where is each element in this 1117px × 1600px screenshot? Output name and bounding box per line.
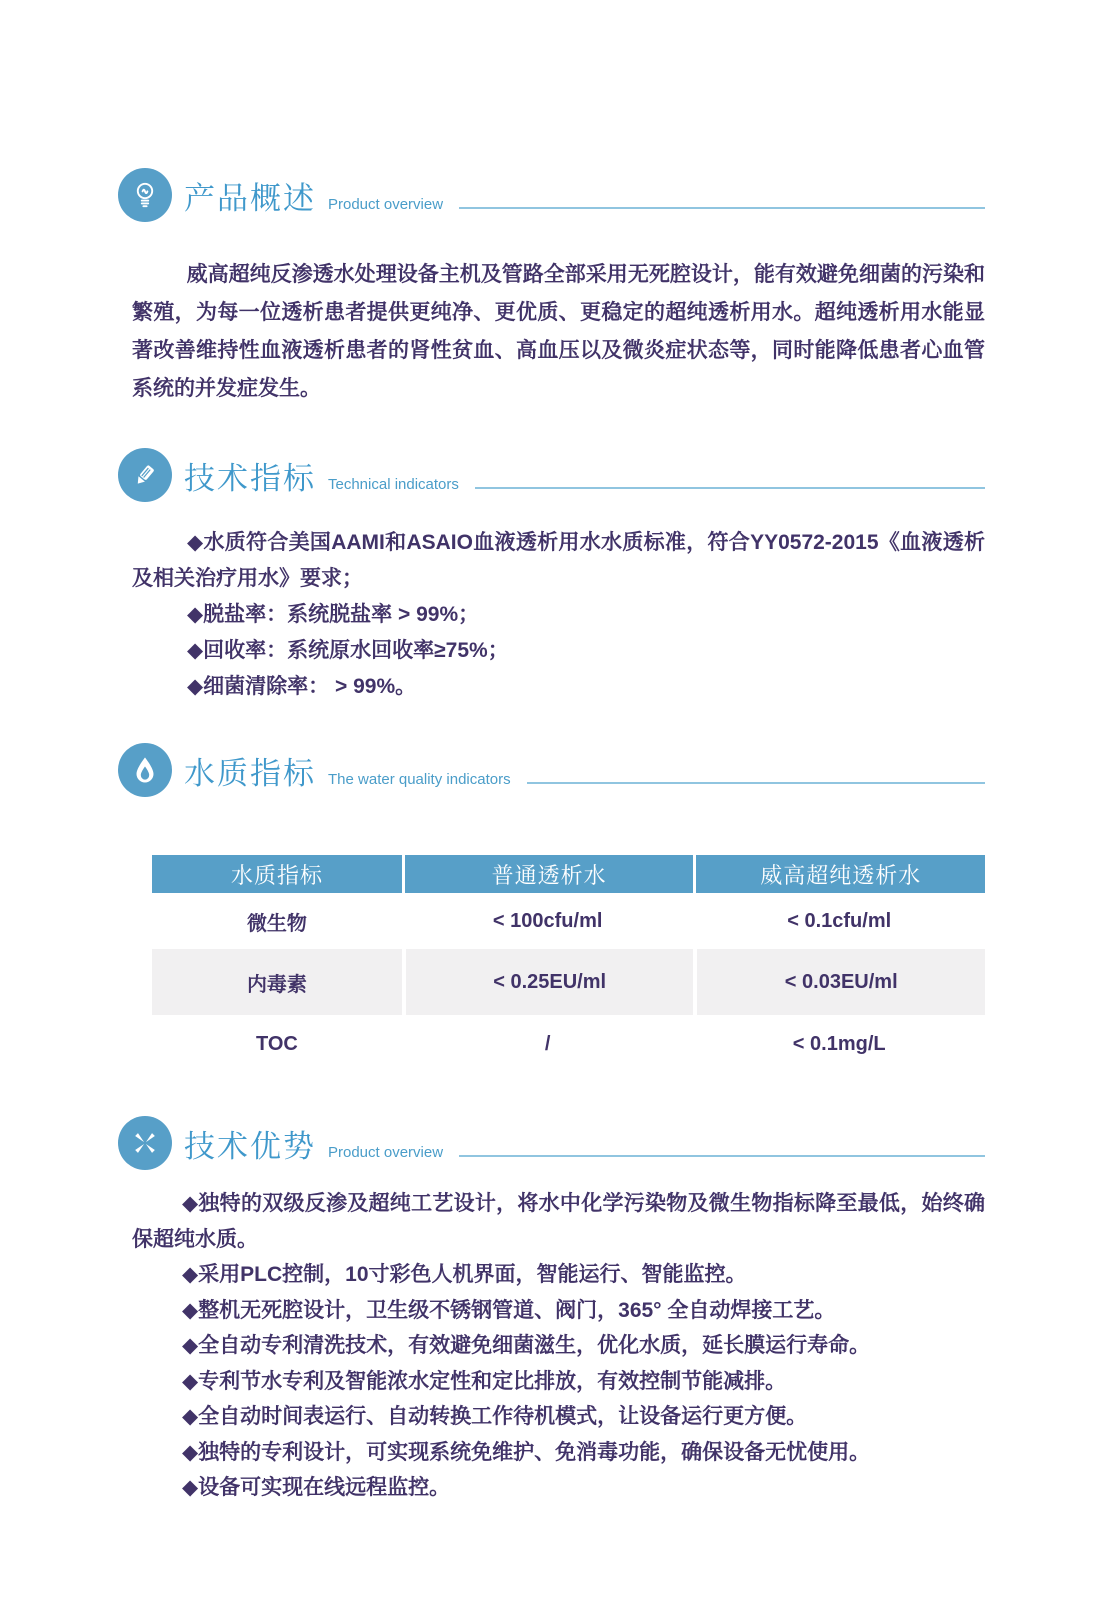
tech-advantage-item: ◆独特的专利设计，可实现系统免维护、免消毒功能，确保设备无忧使用。 xyxy=(132,1435,985,1471)
table-cell: < 0.03EU/ml xyxy=(693,949,985,1015)
brochure-page: 产品概述 Product overview 威高超纯反渗透水处理设备主机及管路全… xyxy=(0,0,1117,1506)
table-cell: 内毒素 xyxy=(152,949,402,1015)
section-title: 水质指标 xyxy=(184,748,316,793)
table-row: 微生物 < 100cfu/ml < 0.1cfu/ml xyxy=(152,893,985,949)
section-title: 技术指标 xyxy=(184,453,316,498)
lightbulb-icon xyxy=(118,168,172,222)
section-title-row: 产品概述 Product overview xyxy=(184,173,985,218)
tech-advantage-item: ◆设备可实现在线远程监控。 xyxy=(132,1470,985,1506)
table-cell: < 100cfu/ml xyxy=(402,893,694,949)
section-title-row: 技术优势 Product overview xyxy=(184,1121,985,1166)
overview-paragraph: 威高超纯反渗透水处理设备主机及管路全部采用无死腔设计，能有效避免细菌的污染和繁殖… xyxy=(132,256,985,408)
water-quality-table: 水质指标 普通透析水 威高超纯透析水 微生物 < 100cfu/ml < 0.1… xyxy=(152,855,985,1073)
tech-advantage-list: ◆独特的双级反渗及超纯工艺设计，将水中化学污染物及微生物指标降至最低，始终确保超… xyxy=(132,1186,985,1506)
tech-advantage-item: ◆全自动时间表运行、自动转换工作待机模式，让设备运行更方便。 xyxy=(132,1399,985,1435)
section-subtitle-en: Product overview xyxy=(328,196,443,213)
table-row: 内毒素 < 0.25EU/ml < 0.03EU/ml xyxy=(152,949,985,1015)
tech-advantage-item: ◆采用PLC控制，10寸彩色人机界面，智能运行、智能监控。 xyxy=(132,1257,985,1293)
section-water-quality-header: 水质指标 The water quality indicators xyxy=(118,743,985,797)
table-cell: TOC xyxy=(152,1015,402,1073)
section-subtitle-en: The water quality indicators xyxy=(328,771,511,788)
table-header-row: 水质指标 普通透析水 威高超纯透析水 xyxy=(152,855,985,893)
tech-indicator-item: ◆回收率：系统原水回收率≥75%； xyxy=(132,633,985,669)
compress-arrows-icon xyxy=(118,1116,172,1170)
divider-line xyxy=(459,1155,985,1157)
section-title: 技术优势 xyxy=(184,1121,316,1166)
table-header-cell: 威高超纯透析水 xyxy=(693,855,985,893)
section-subtitle-en: Technical indicators xyxy=(328,476,459,493)
divider-line xyxy=(475,487,985,489)
table-cell: < 0.1mg/L xyxy=(693,1015,985,1073)
tech-indicator-list: ◆水质符合美国AAMI和ASAIO血液透析用水水质标准，符合YY0572-201… xyxy=(132,525,985,705)
tech-indicator-item: ◆细菌清除率： > 99%。 xyxy=(132,669,985,705)
table-header-cell: 普通透析水 xyxy=(402,855,694,893)
tech-advantage-item: ◆专利节水专利及智能浓水定性和定比排放，有效控制节能减排。 xyxy=(132,1364,985,1400)
tech-advantage-item: ◆整机无死腔设计，卫生级不锈钢管道、阀门，365° 全自动焊接工艺。 xyxy=(132,1293,985,1329)
section-title-row: 技术指标 Technical indicators xyxy=(184,453,985,498)
tech-advantage-item: ◆全自动专利清洗技术，有效避免细菌滋生，优化水质，延长膜运行寿命。 xyxy=(132,1328,985,1364)
section-tech-advantages-header: 技术优势 Product overview xyxy=(118,1116,985,1170)
tech-indicator-item: ◆水质符合美国AAMI和ASAIO血液透析用水水质标准，符合YY0572-201… xyxy=(132,525,985,597)
section-title: 产品概述 xyxy=(184,173,316,218)
divider-line xyxy=(459,207,985,209)
section-tech-indicators-header: 技术指标 Technical indicators xyxy=(118,448,985,502)
section-title-row: 水质指标 The water quality indicators xyxy=(184,748,985,793)
section-overview-header: 产品概述 Product overview xyxy=(118,168,985,222)
pencil-icon xyxy=(118,448,172,502)
table-row: TOC / < 0.1mg/L xyxy=(152,1015,985,1073)
table-cell: / xyxy=(402,1015,694,1073)
section-subtitle-en: Product overview xyxy=(328,1144,443,1161)
tech-advantage-item: ◆独特的双级反渗及超纯工艺设计，将水中化学污染物及微生物指标降至最低，始终确保超… xyxy=(132,1186,985,1257)
tech-indicator-item: ◆脱盐率：系统脱盐率 > 99%； xyxy=(132,597,985,633)
water-drop-icon xyxy=(118,743,172,797)
table-cell: < 0.25EU/ml xyxy=(402,949,694,1015)
divider-line xyxy=(527,782,985,784)
table-cell: 微生物 xyxy=(152,893,402,949)
table-header-cell: 水质指标 xyxy=(152,855,402,893)
table-cell: < 0.1cfu/ml xyxy=(693,893,985,949)
